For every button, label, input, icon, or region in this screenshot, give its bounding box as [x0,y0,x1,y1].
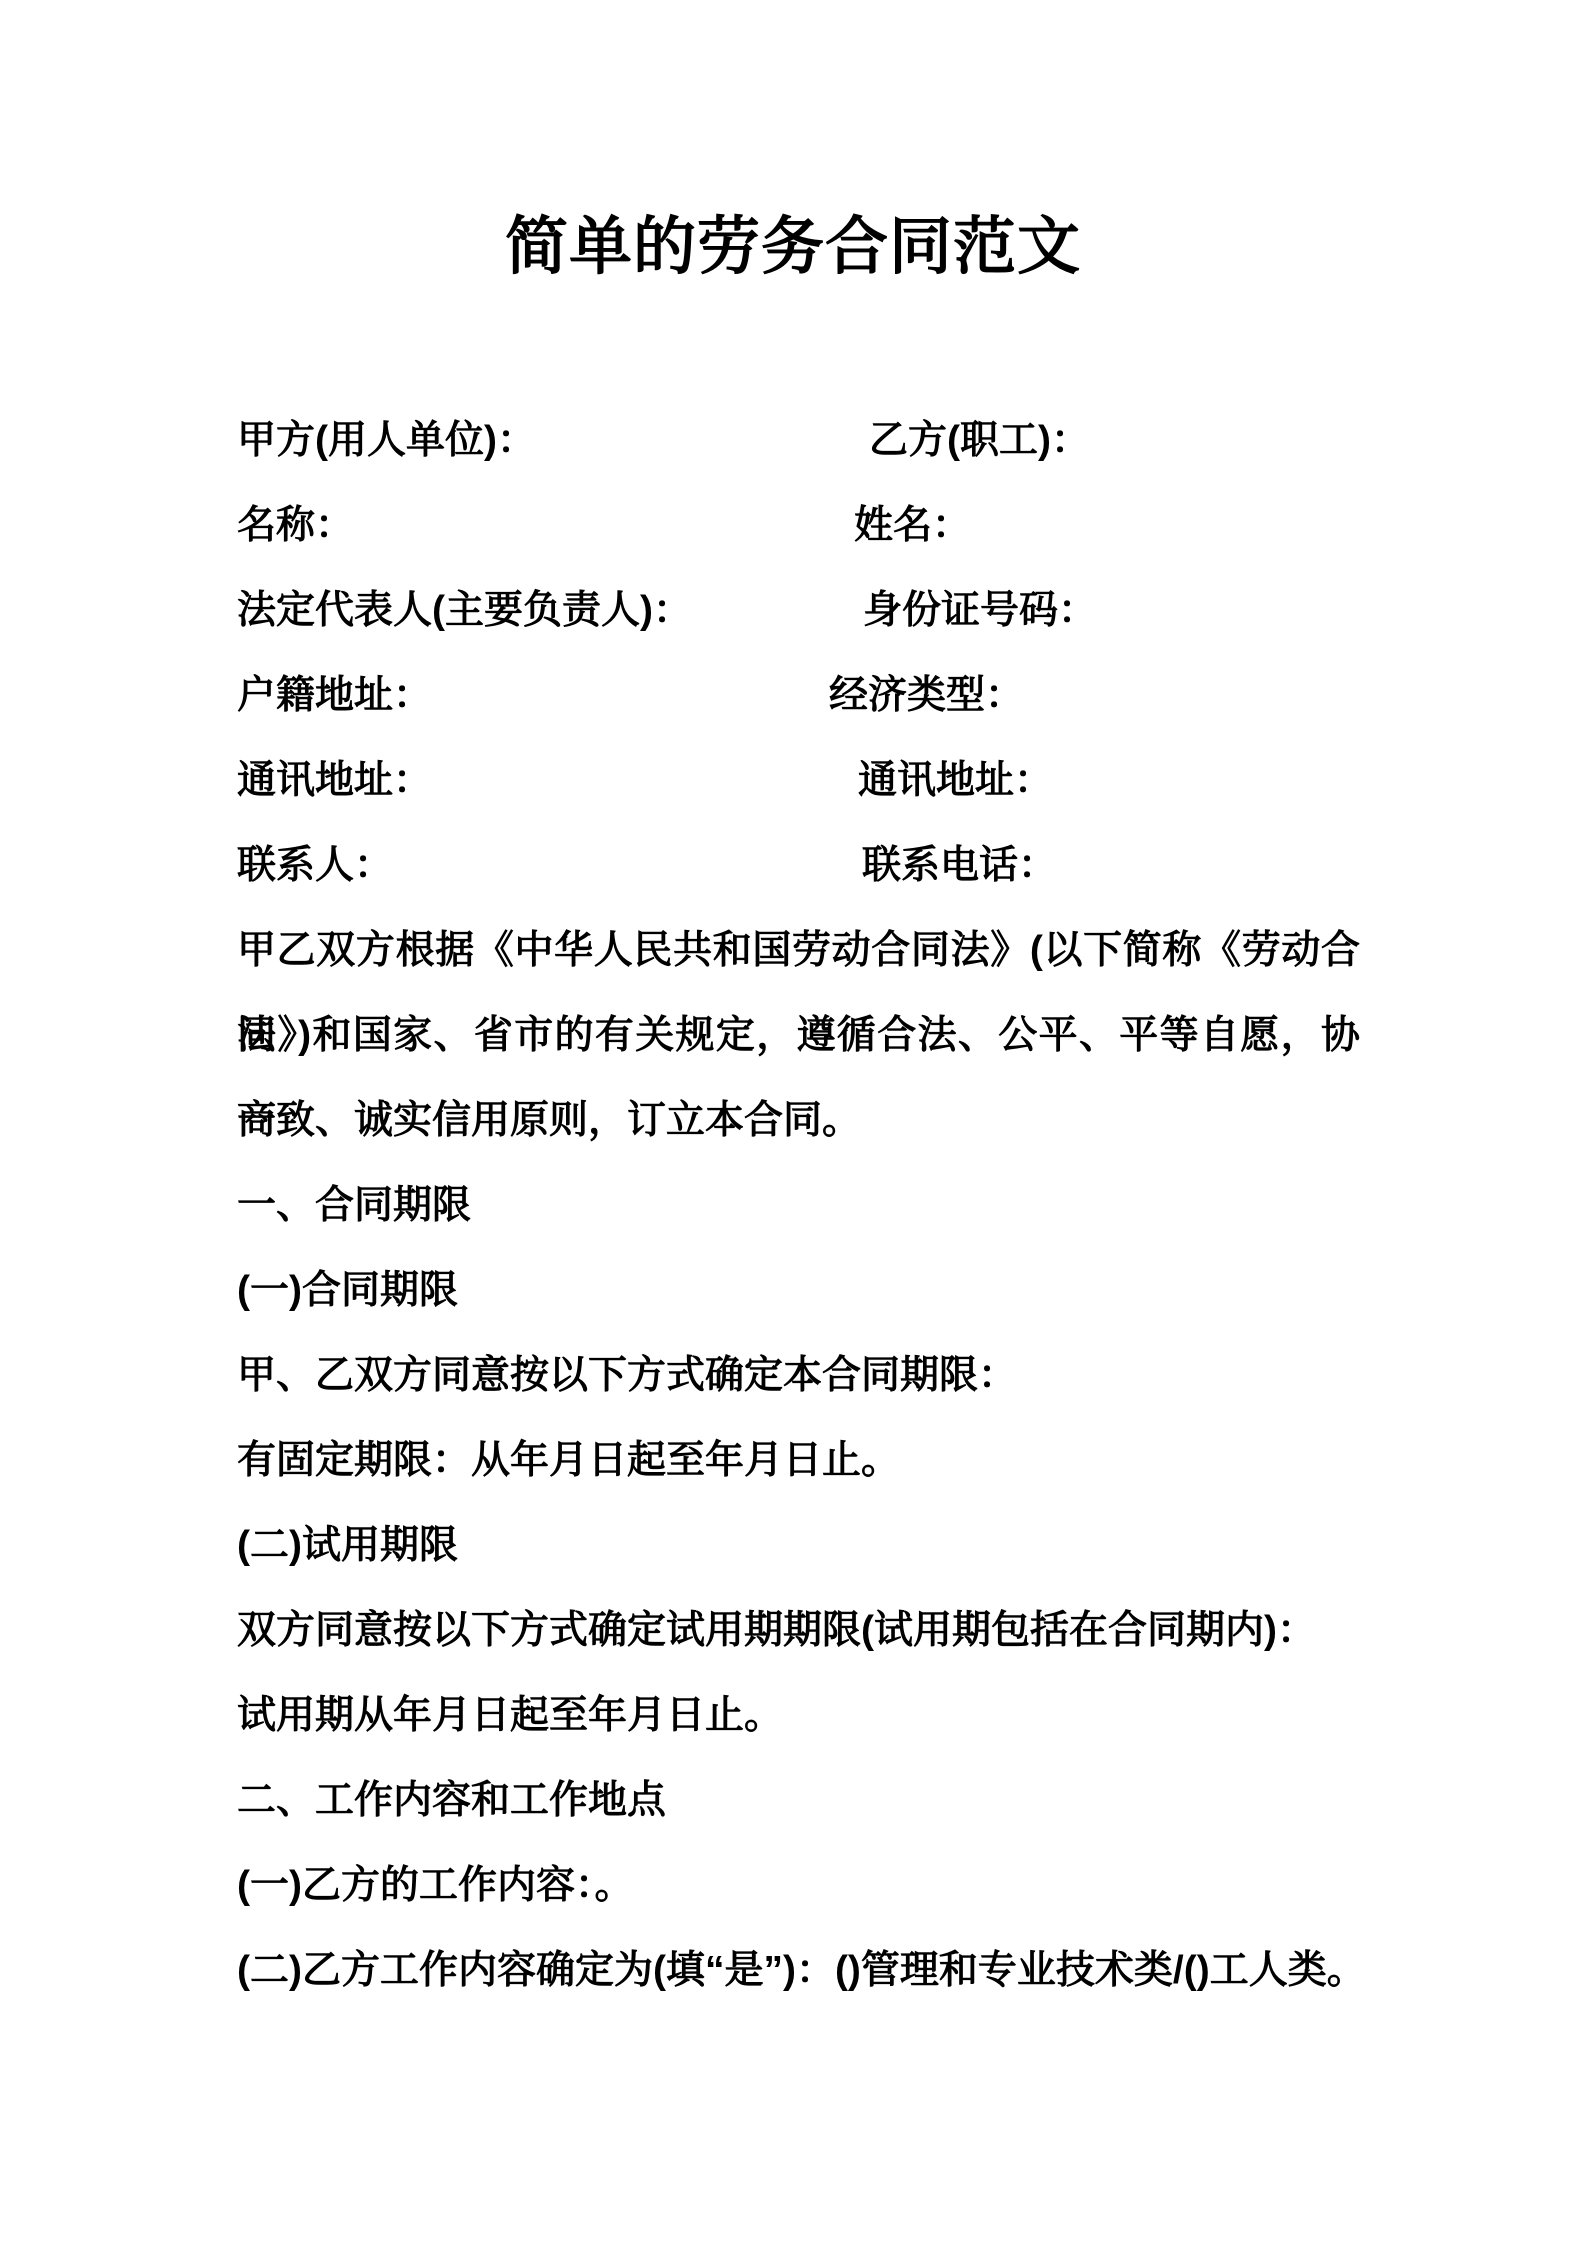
clause-work-category: (二)乙方工作内容确定为(填“是”)：()管理和专业技术类/()工人类。 [237,1928,1360,2013]
preamble-line: 甲乙双方根据《中华人民共和国劳动合同法》(以下简称《劳动合同 [237,908,1360,993]
economic-type-label: 经济类型： [829,653,1024,738]
mailing-address-a-label: 通讯地址： [237,759,432,802]
clause-contract-term: (一)合同期限 [237,1248,1360,1333]
clause-probation-period: 试用期从年月日起至年月日止。 [237,1673,1360,1758]
party-row: 通讯地址： 通讯地址： [237,738,1360,823]
clause-probation-heading: (二)试用期限 [237,1503,1360,1588]
contact-phone-label: 联系电话： [862,823,1057,908]
preamble-line: 一致、诚实信用原则，订立本合同。 [237,1078,1360,1163]
party-a-name-label: 名称： [237,504,354,547]
mailing-address-b-label: 通讯地址： [858,738,1053,823]
party-b-label: 乙方(职工)： [869,398,1090,483]
legal-representative-label: 法定代表人(主要负责人)： [237,589,692,632]
party-row: 户籍地址： 经济类型： [237,653,1360,738]
registered-address-label: 户籍地址： [237,674,432,717]
clause-probation-method: 双方同意按以下方式确定试用期期限(试用期包括在合同期内)： [237,1588,1360,1673]
party-row: 联系人： 联系电话： [237,823,1360,908]
clause-work-content: (一)乙方的工作内容：。 [237,1843,1360,1928]
document-body: 甲方(用人单位)： 乙方(职工)： 名称： 姓名： 法定代表人(主要负责人)： … [237,398,1360,2013]
party-row: 名称： 姓名： [237,483,1360,568]
id-number-label: 身份证号码： [863,568,1097,653]
clause-fixed-term: 有固定期限：从年月日起至年月日止。 [237,1418,1360,1503]
contact-person-label: 联系人： [237,844,393,887]
party-a-label: 甲方(用人单位)： [237,419,536,462]
clause-term-agreement: 甲、乙双方同意按以下方式确定本合同期限： [237,1333,1360,1418]
document-title: 简单的劳务合同范文 [0,208,1586,287]
section-1-heading: 一、合同期限 [237,1163,1360,1248]
preamble-line: 法》)和国家、省市的有关规定，遵循合法、公平、平等自愿，协商 [237,993,1360,1078]
party-b-name-label: 姓名： [854,483,971,568]
contract-page: { "document": { "title": "简单的劳务合同范文", "p… [0,0,1586,2244]
party-row: 法定代表人(主要负责人)： 身份证号码： [237,568,1360,653]
section-2-heading: 二、工作内容和工作地点 [237,1758,1360,1843]
party-row: 甲方(用人单位)： 乙方(职工)： [237,398,1360,483]
